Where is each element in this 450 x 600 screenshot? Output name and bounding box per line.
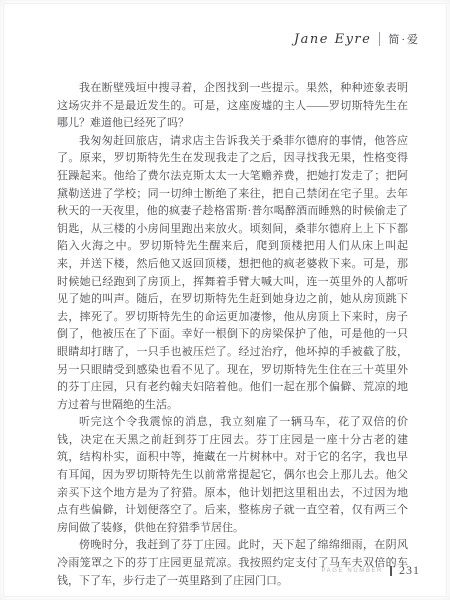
book-title-english: Jane Eyre — [294, 32, 371, 47]
page-header: Jane Eyre 简·爱 — [294, 31, 420, 47]
page-body: 我在断壁残垣中搜寻着，企图找到一些提示。果然，种种迹象表明这场灾并不是最近发生的… — [57, 80, 408, 590]
paragraph-innkeeper-story: 我匆匆赶回旅店，请求店主告诉我关于桑菲尔德府的事情，他答应了。原来，罗切斯特先生… — [57, 133, 408, 415]
page-number: 231 — [399, 563, 420, 578]
footer-divider — [390, 566, 392, 576]
paragraph-ruins-search: 我在断壁残垣中搜寻着，企图找到一些提示。果然，种种迹象表明这场灾并不是最近发生的… — [57, 80, 408, 133]
paragraph-ferndean-description: 听完这个令我震惊的消息，我立刻雇了一辆马车，花了双倍的价钱，决定在天黑之前赶到芬… — [57, 414, 408, 537]
book-page: Jane Eyre 简·爱 我在断壁残垣中搜寻着，企图找到一些提示。果然，种种迹… — [0, 0, 450, 600]
header-divider — [379, 32, 380, 46]
page-number-label: PAGE NUMBER — [322, 568, 384, 574]
page-footer: PAGE NUMBER 231 — [322, 563, 421, 578]
book-title-chinese: 简·爱 — [388, 31, 420, 47]
